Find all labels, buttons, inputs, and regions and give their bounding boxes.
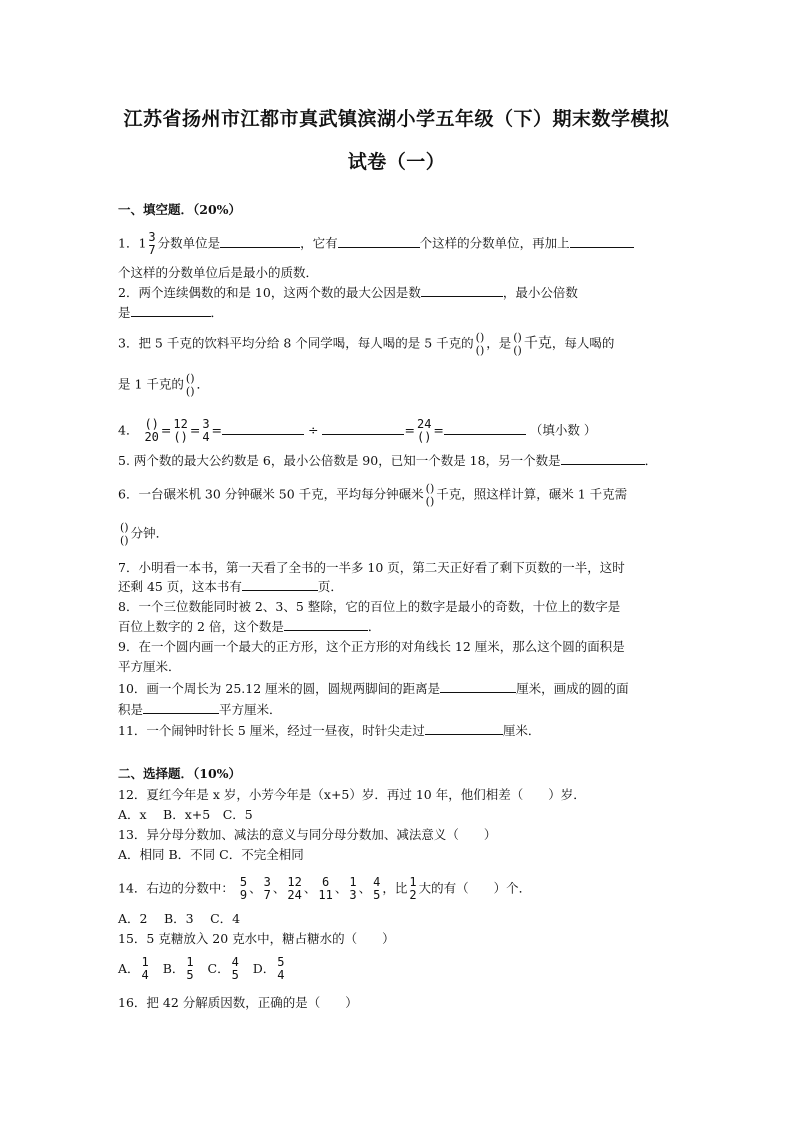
q15-b-den: 5 — [186, 969, 193, 982]
section2-heading: 二、选择题．（10%） — [118, 765, 241, 783]
question-12-options[interactable]: A．x B．x+5 C．5 — [118, 806, 253, 824]
q4-f2-den: () — [173, 431, 187, 444]
q2-blank2[interactable] — [131, 304, 211, 317]
question-13: 13．异分母分数加、减法的意义与同分母分数加、减法意义（ ） — [118, 826, 496, 844]
q15-c-label: C． — [208, 961, 230, 976]
q10-text3: 积是 — [118, 702, 143, 717]
q1-text2: ，它有 — [300, 236, 338, 251]
q14-fraction-4-5: 45 — [373, 876, 380, 902]
q11-text1: 11．一个闹钟时针长 5 厘米，经过一昼夜，时针尖走过 — [118, 723, 425, 738]
q14-fraction-12-24: 1224 — [287, 876, 301, 902]
q3-f3-den: () — [186, 385, 195, 398]
q6-f2-num: () — [120, 521, 129, 534]
q14-text3: 大的有（ ）个． — [419, 881, 532, 896]
question-3-line1: 3．把 5 千克的饮料平均分给 8 个同学喝，每人喝的是 5 千克的()()，是… — [118, 331, 614, 357]
q6-f1-den: () — [426, 495, 435, 508]
q15-d-den: 4 — [277, 969, 284, 982]
q4-eq2: = — [190, 423, 200, 438]
q8-text2: 百位上数字的 2 倍，这个数是 — [118, 619, 284, 634]
q7-text3: 页． — [318, 579, 343, 594]
q3-f2-den: () — [513, 344, 522, 357]
q2-blank1[interactable] — [421, 284, 503, 297]
q4-fraction2[interactable]: 12() — [173, 418, 187, 444]
q15-d-label: D． — [253, 961, 276, 976]
question-7-line2: 还剩 45 页，这本书有页． — [118, 578, 343, 596]
q6-fraction-blank2[interactable]: ()() — [120, 521, 129, 547]
q4-fraction4[interactable]: 24() — [417, 418, 431, 444]
q14-sep: 、 — [304, 881, 317, 896]
q14-f1-den: 7 — [264, 889, 271, 902]
q14-f4-den: 3 — [349, 889, 356, 902]
q14-fraction-5-9: 59 — [240, 876, 247, 902]
q10-blank1[interactable] — [440, 680, 516, 693]
question-1-line1: 1．137分数单位是，它有个这样的分数单位，再加上 — [118, 231, 634, 257]
exam-page: 江苏省扬州市江都市真武镇滨湖小学五年级（下）期末数学模拟 试卷（一） 一、填空题… — [0, 0, 793, 1122]
q14-half-den: 2 — [409, 889, 416, 902]
q4-f1-den: 20 — [144, 431, 158, 444]
q3-text6: ． — [197, 377, 210, 392]
q4-eq3: = — [212, 423, 222, 438]
q14-fraction-1-2: 12 — [409, 876, 416, 902]
q1-blank1[interactable] — [220, 235, 300, 248]
q14-f0-den: 9 — [240, 889, 247, 902]
question-3-line2: 是 1 千克的()()． — [118, 372, 209, 398]
q14-sep: 、 — [273, 881, 286, 896]
q1-blank3[interactable] — [570, 235, 634, 248]
q14-fraction-3-7: 37 — [264, 876, 271, 902]
question-10-line1: 10．画一个周长为 25.12 厘米的圆，圆规两脚间的距离是厘米，画成的圆的面 — [118, 680, 629, 698]
q1-number: 1．1 — [118, 236, 146, 251]
question-2-line2: 是． — [118, 304, 223, 322]
q14-text2: ，比 — [382, 881, 407, 896]
q1-frac-den: 7 — [148, 244, 155, 257]
q14-f5-den: 5 — [373, 889, 380, 902]
q14-sep: 、 — [249, 881, 262, 896]
q8-blank[interactable] — [284, 618, 368, 631]
q4-fraction3: 34 — [202, 418, 209, 444]
q3-f1-den: () — [476, 344, 485, 357]
q8-text3: ． — [368, 619, 381, 634]
section1-heading: 一、填空题．（20%） — [118, 201, 241, 219]
question-9-line2: 平方厘米． — [118, 658, 181, 676]
q4-blank3[interactable] — [444, 422, 526, 435]
q1-text3: 个这样的分数单位，再加上 — [420, 236, 570, 251]
q4-fraction1[interactable]: ()20 — [144, 418, 158, 444]
q4-f3-den: 4 — [202, 431, 209, 444]
q6-text3: 分钟． — [131, 526, 169, 541]
q4-eq5: = — [433, 423, 443, 438]
question-12: 12．夏红今年是 x 岁，小芳今年是（x+5）岁．再过 10 年，他们相差（ ）… — [118, 786, 586, 804]
q10-text1: 10．画一个周长为 25.12 厘米的圆，圆规两脚间的距离是 — [118, 681, 440, 696]
q7-text2: 还剩 45 页，这本书有 — [118, 579, 242, 594]
q15-a-frac: 14 — [142, 956, 149, 982]
q4-eq4: = — [404, 423, 414, 438]
q3-f3-num: () — [186, 372, 195, 385]
q4-eq1: = — [161, 423, 171, 438]
q6-text1: 6．一台碾米机 30 分钟碾米 50 千克，平均每分钟碾米 — [118, 487, 424, 502]
q14-f3-den: 11 — [318, 889, 332, 902]
question-8-line2: 百位上数字的 2 倍，这个数是． — [118, 618, 380, 636]
q15-a-label: A． — [118, 961, 140, 976]
question-14-options[interactable]: A．2 B．3 C．4 — [118, 910, 240, 928]
q15-option-d[interactable]: D．54 — [253, 961, 287, 976]
q5-text2: ． — [645, 453, 658, 468]
q10-blank2[interactable] — [143, 701, 219, 714]
q14-text1: 14．右边的分数中： — [118, 881, 234, 896]
q3-f1-num: () — [476, 331, 485, 344]
question-10-line2: 积是平方厘米． — [118, 701, 282, 719]
question-7-line1: 7．小明看一本书，第一天看了全书的一半多 10 页，第二天正好看了剩下页数的一半… — [118, 559, 625, 577]
q4-divide-sign: ÷ — [308, 423, 318, 438]
q11-text2: 厘米． — [503, 723, 541, 738]
q3-text4: ，每人喝的 — [552, 336, 615, 351]
q15-a-den: 4 — [142, 969, 149, 982]
question-9-line1: 9．在一个圆内画一个最大的正方形，这个正方形的对角线长 12 厘米，那么这个圆的… — [118, 638, 625, 656]
question-13-options[interactable]: A．相同 B．不同 C．不完全相同 — [118, 846, 304, 864]
q4-note: （填小数 ） — [530, 423, 596, 438]
question-6-line1: 6．一台碾米机 30 分钟碾米 50 千克，平均每分钟碾米()()千克，照这样计… — [118, 482, 627, 508]
question-15-options: A．14 B．15 C．45 D．54 — [118, 956, 287, 982]
q15-c-den: 5 — [232, 969, 239, 982]
q1-fraction: 37 — [148, 231, 155, 257]
question-4: 4． ()20=12()=34= ÷ =24()= （填小数 ） — [118, 418, 596, 444]
question-8-line1: 8．一个三位数能同时被 2、3、5 整除，它的百位上的数字是最小的奇数，十位上的… — [118, 598, 620, 616]
q3-text2: ，是 — [486, 336, 511, 351]
question-1-line2: 个这样的分数单位后是最小的质数． — [118, 264, 318, 282]
q3-text1: 3．把 5 千克的饮料平均分给 8 个同学喝，每人喝的是 5 千克的 — [118, 336, 474, 351]
q15-option-c[interactable]: C．45 — [208, 961, 241, 976]
q3-fraction-blank2[interactable]: ()() — [513, 331, 522, 357]
q14-f2-den: 24 — [287, 889, 301, 902]
q15-option-b[interactable]: B．15 — [163, 961, 196, 976]
q3-fraction-blank3[interactable]: ()() — [186, 372, 195, 398]
q14-sep: 、 — [359, 881, 372, 896]
q6-f2-den: () — [120, 534, 129, 547]
q15-d-frac: 54 — [277, 956, 284, 982]
q3-f2-num: () — [513, 331, 522, 344]
q15-c-frac: 45 — [232, 956, 239, 982]
question-16: 16．把 42 分解质因数，正确的是（ ） — [118, 994, 358, 1012]
question-5: 5. 两个数的最大公约数是 6，最小公倍数是 90，已知一个数是 18，另一个数… — [118, 452, 657, 470]
q3-text3: 千克 — [524, 336, 552, 352]
q3-fraction-blank1[interactable]: ()() — [476, 331, 485, 357]
question-11: 11．一个闹钟时针长 5 厘米，经过一昼夜，时针尖走过厘米． — [118, 722, 540, 740]
exam-title-line2: 试卷（一） — [0, 147, 793, 174]
q4-blank1[interactable] — [222, 422, 304, 435]
q15-b-frac: 15 — [186, 956, 193, 982]
q5-blank[interactable] — [561, 452, 645, 465]
question-2-line1: 2．两个连续偶数的和是 10，这两个数的最大公因是数，最小公倍数 — [118, 284, 578, 302]
q1-text1: 分数单位是 — [158, 236, 221, 251]
q14-fraction-1-3: 13 — [349, 876, 356, 902]
question-15: 15．5 克糖放入 20 克水中，糖占糖水的（ ） — [118, 930, 395, 948]
q3-text5: 是 1 千克的 — [118, 377, 184, 392]
q6-fraction-blank1[interactable]: ()() — [426, 482, 435, 508]
q11-blank[interactable] — [425, 722, 503, 735]
q2-text4: ． — [211, 305, 224, 320]
q4-blank2[interactable] — [322, 422, 404, 435]
q2-text2: ，最小公倍数 — [503, 285, 578, 300]
q10-text4: 平方厘米． — [219, 702, 282, 717]
q10-text2: 厘米，画成的圆的面 — [516, 681, 629, 696]
q15-option-a[interactable]: A．14 — [118, 961, 151, 976]
q5-text1: 5. 两个数的最大公约数是 6，最小公倍数是 90，已知一个数是 18，另一个数… — [118, 453, 561, 468]
question-6-line2: ()()分钟． — [118, 521, 168, 547]
exam-title-line1: 江苏省扬州市江都市真武镇滨湖小学五年级（下）期末数学模拟 — [0, 104, 793, 131]
q4-number: 4． — [118, 423, 138, 438]
q4-f4-den: () — [417, 431, 431, 444]
q2-text3: 是 — [118, 305, 131, 320]
q6-text2: 千克，照这样计算，碾米 1 千克需 — [436, 487, 627, 502]
q6-f1-num: () — [426, 482, 435, 495]
q15-b-label: B． — [163, 961, 185, 976]
q1-blank2[interactable] — [338, 235, 420, 248]
q14-fraction-6-11: 611 — [318, 876, 332, 902]
q14-sep: 、 — [335, 881, 348, 896]
question-14: 14．右边的分数中： 59、37、1224、611、13、45，比12大的有（ … — [118, 876, 531, 902]
q7-blank[interactable] — [242, 578, 318, 591]
q2-text1: 2．两个连续偶数的和是 10，这两个数的最大公因是数 — [118, 285, 421, 300]
